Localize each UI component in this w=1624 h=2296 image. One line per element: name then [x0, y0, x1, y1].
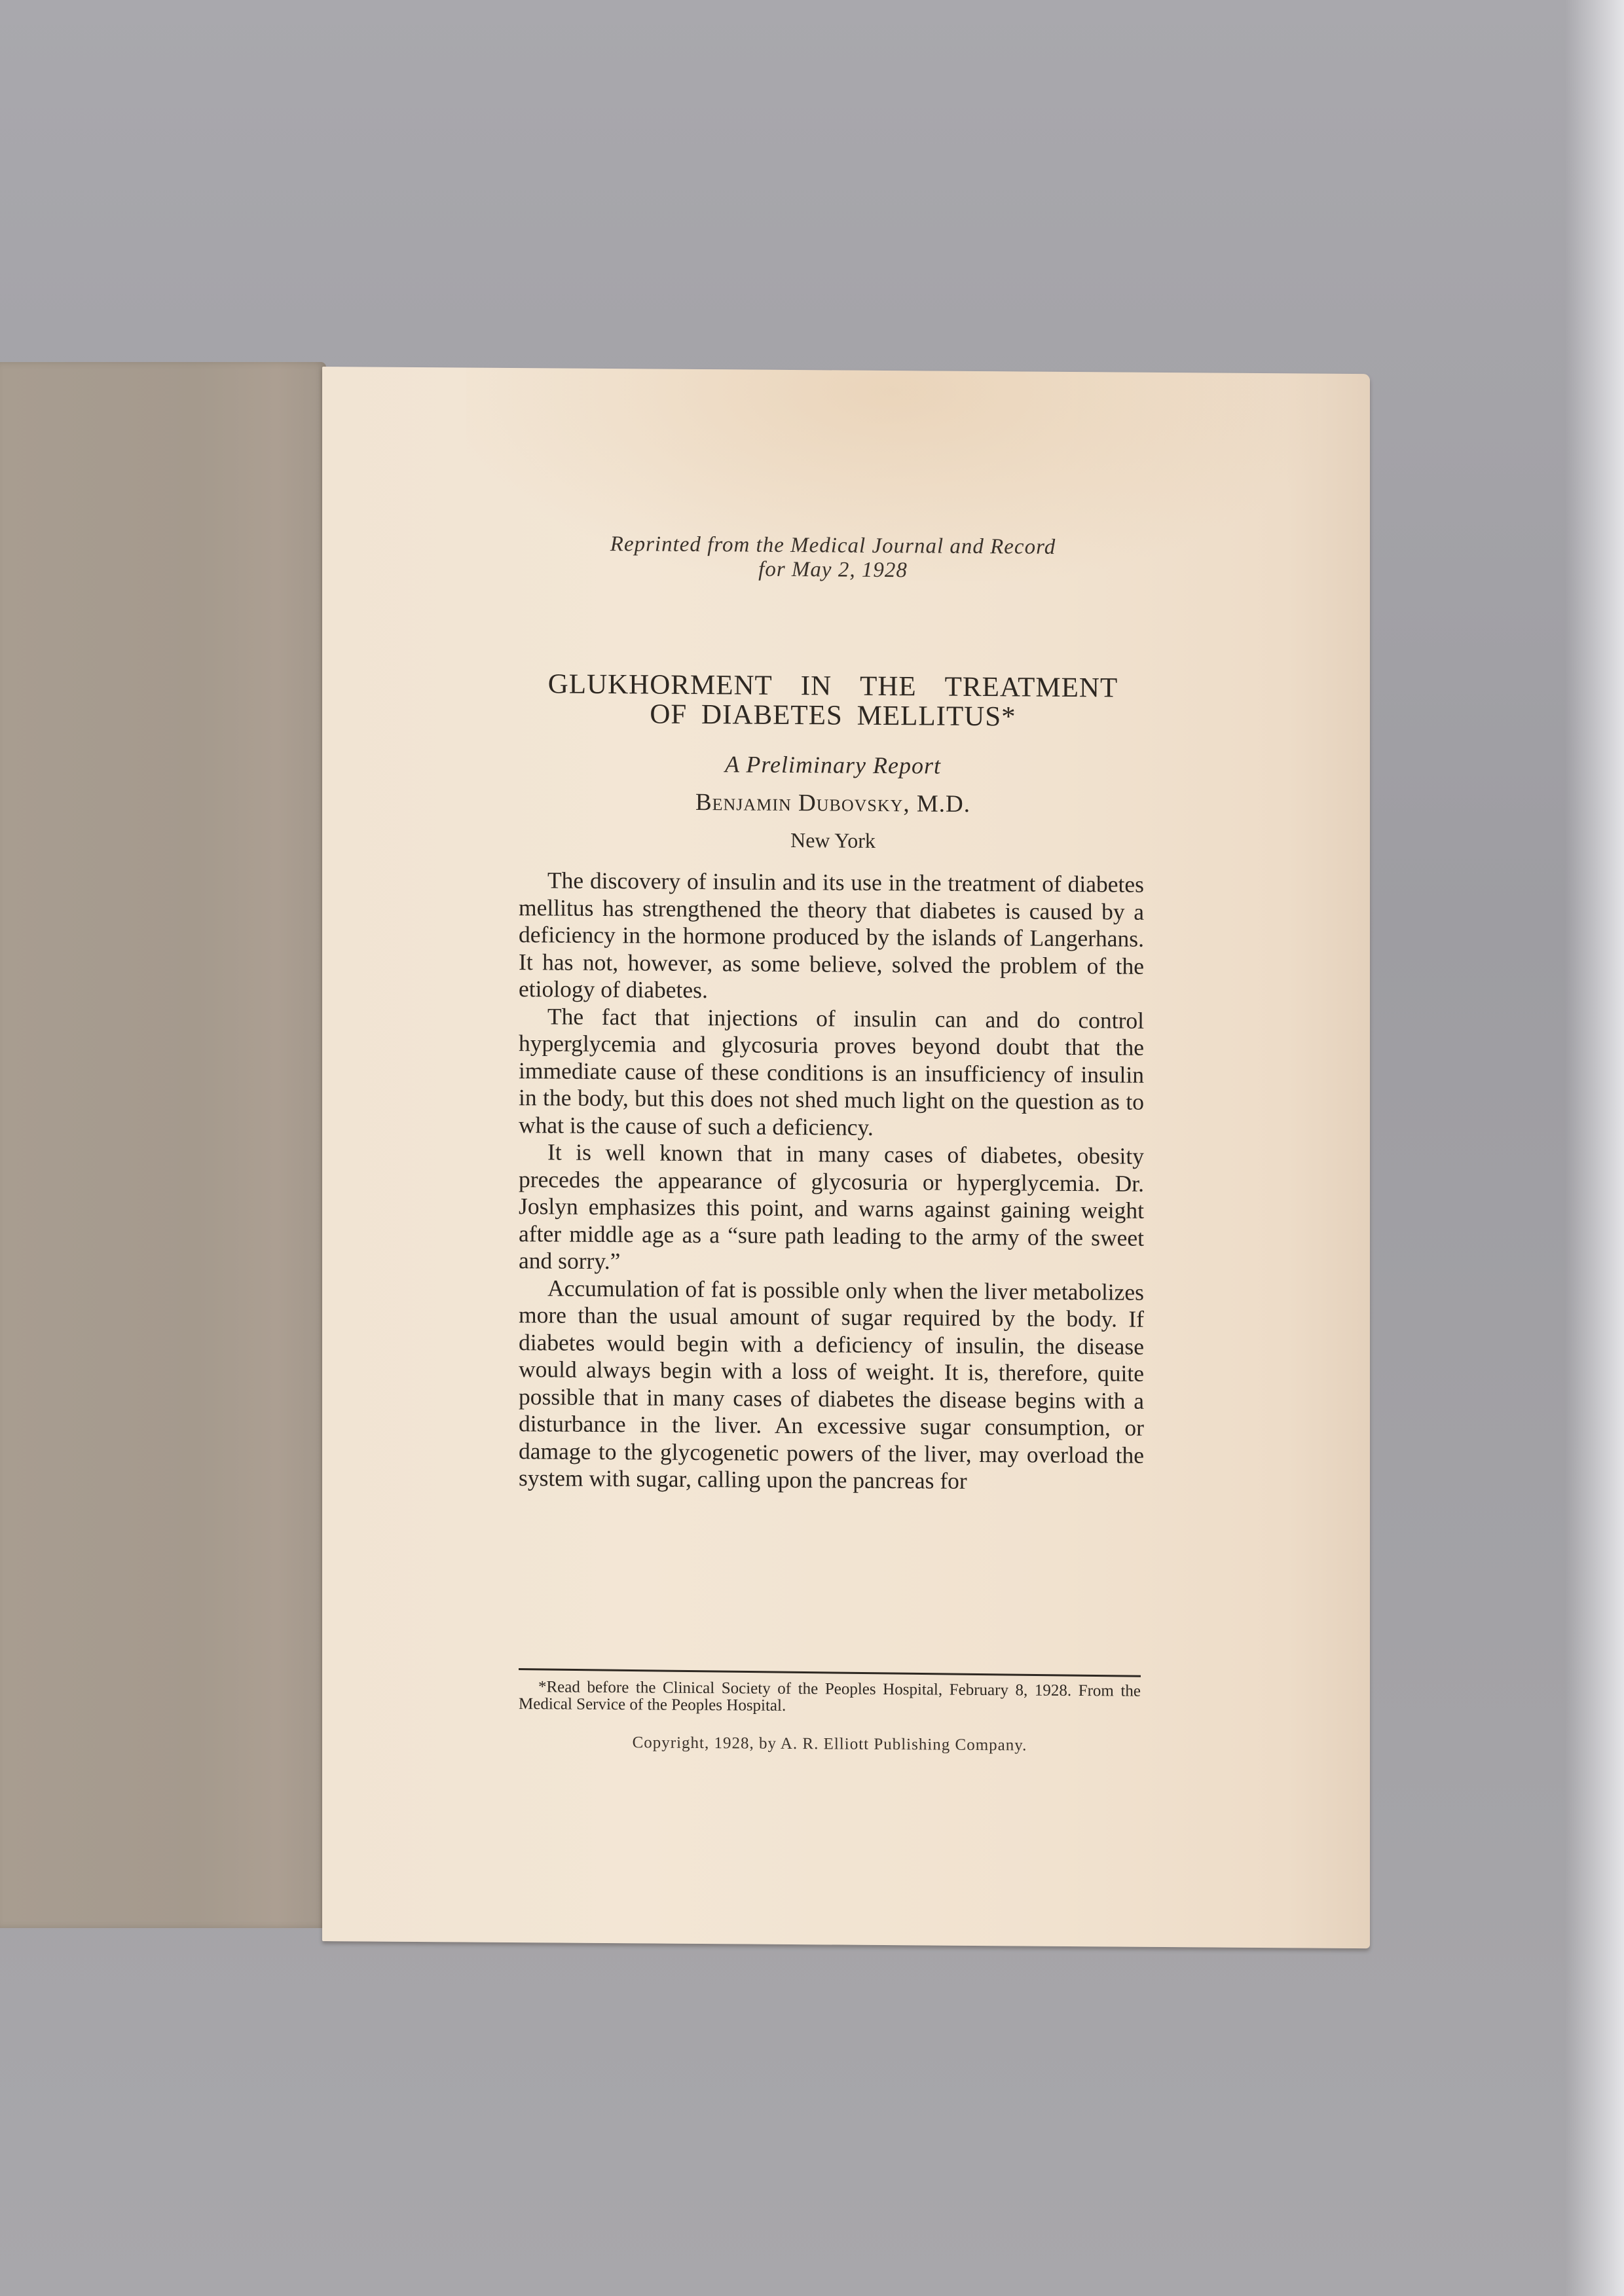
body-paragraph: It is well known that in many cases of d… [519, 1139, 1144, 1279]
article-author: Benjamin Dubovsky, M.D. [519, 787, 1147, 820]
body-paragraph: The fact that injections of insulin can … [519, 1003, 1144, 1143]
author-location: New York [519, 826, 1147, 855]
document-page: Reprinted from the Medical Journal and R… [322, 367, 1370, 1948]
footnote-divider [519, 1668, 1141, 1677]
article-body: The discovery of insulin and its use in … [519, 867, 1144, 1496]
article-subtitle: A Preliminary Report [519, 749, 1147, 781]
reprint-notice-line1: Reprinted from the Medical Journal and R… [519, 532, 1147, 560]
pamphlet-cover [0, 362, 326, 1928]
copyright-notice: Copyright, 1928, by A. R. Elliott Publis… [519, 1733, 1141, 1756]
reprint-notice-line2: for May 2, 1928 [519, 556, 1147, 585]
body-paragraph: The discovery of insulin and its use in … [519, 867, 1144, 1007]
body-paragraph: Accumulation of fat is possible only whe… [519, 1275, 1144, 1497]
article-title-line2: OF DIABETES MELLITUS* [519, 699, 1147, 733]
reprint-notice: Reprinted from the Medical Journal and R… [519, 532, 1147, 585]
article-title-line1: GLUKHORMENT IN THE TREATMENT [519, 669, 1147, 703]
article-title: GLUKHORMENT IN THE TREATMENT OF DIABETES… [519, 669, 1147, 733]
footnote: *Read before the Clinical Society of the… [519, 1679, 1141, 1717]
scanner-glare [1565, 0, 1624, 2296]
